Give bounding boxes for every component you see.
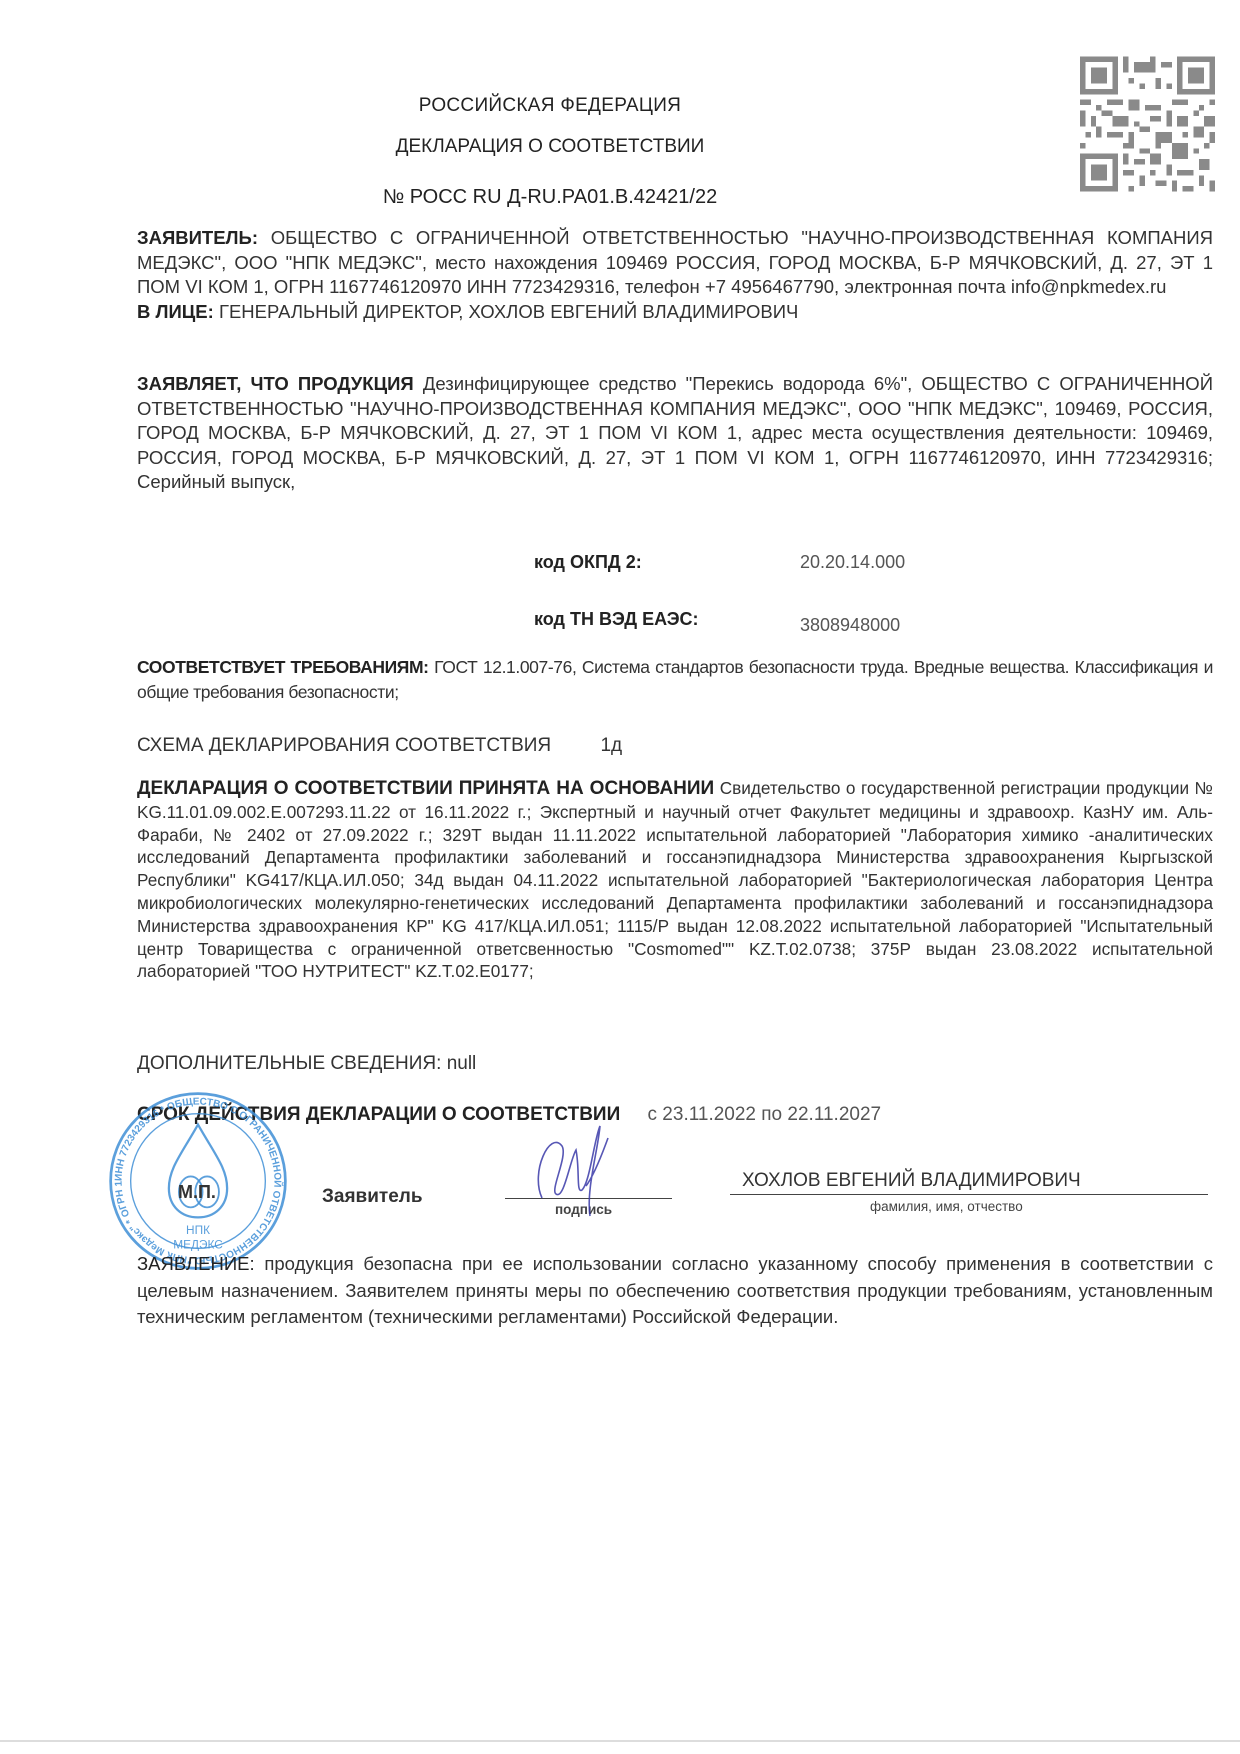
- applicant-section: ЗАЯВИТЕЛЬ: ОБЩЕСТВО С ОГРАНИЧЕННОЙ ОТВЕТ…: [137, 226, 1213, 324]
- company-stamp: ИНН 7723429316 * ОБЩЕСТВО С ОГРАНИЧЕННОЙ…: [107, 1090, 289, 1272]
- applicant-signature-label: Заявитель: [322, 1186, 423, 1208]
- represented-label: В ЛИЦЕ:: [137, 301, 214, 322]
- additional-value: null: [447, 1053, 477, 1074]
- declaration-page: РОССИЙСКАЯ ФЕДЕРАЦИЯ ДЕКЛАРАЦИЯ О СООТВЕ…: [0, 0, 1240, 1754]
- product-label: ЗАЯВЛЯЕТ, ЧТО ПРОДУКЦИЯ: [137, 373, 414, 394]
- scheme-value: 1д: [600, 735, 622, 756]
- handwritten-signature: [520, 1120, 640, 1220]
- okpd-value: 20.20.14.000: [800, 552, 905, 573]
- validity-value: с 23.11.2022 по 22.11.2027: [648, 1104, 882, 1125]
- tnved-label: код ТН ВЭД ЕАЭС:: [534, 609, 699, 630]
- page-bottom-edge: [0, 1740, 1240, 1742]
- stamp-line2: МЕДЭКС: [173, 1237, 223, 1251]
- represented-text: ГЕНЕРАЛЬНЫЙ ДИРЕКТОР, ХОХЛОВ ЕВГЕНИЙ ВЛА…: [219, 301, 798, 322]
- basis-text: Свидетельство о государственной регистра…: [137, 778, 1213, 981]
- basis-section: ДЕКЛАРАЦИЯ О СООТВЕТСТВИИ ПРИНЯТА НА ОСН…: [137, 777, 1213, 983]
- stamp-line1: НПК: [186, 1223, 210, 1237]
- tnved-row: код ТН ВЭД ЕАЭС: 3808948000: [0, 609, 1240, 639]
- additional-section: ДОПОЛНИТЕЛЬНЫЕ СВЕДЕНИЯ: null: [137, 1052, 1213, 1077]
- statement-label: ЗАЯВЛЕНИЕ:: [137, 1253, 255, 1274]
- statement-text: продукция безопасна при ее использовании…: [137, 1253, 1213, 1327]
- product-section: ЗАЯВЛЯЕТ, ЧТО ПРОДУКЦИЯ Дезинфицирующее …: [137, 372, 1213, 495]
- scheme-label: СХЕМА ДЕКЛАРИРОВАНИЯ СООТВЕТСТВИЯ: [137, 735, 551, 756]
- scheme-section: СХЕМА ДЕКЛАРИРОВАНИЯ СООТВЕТСТВИЯ 1д: [137, 734, 1213, 759]
- basis-label: ДЕКЛАРАЦИЯ О СООТВЕТСТВИИ ПРИНЯТА НА ОСН…: [137, 778, 714, 799]
- declaration-number: № РОСС RU Д-RU.РА01.В.42421/22: [0, 186, 1100, 209]
- statement-section: ЗАЯВЛЕНИЕ: продукция безопасна при ее ис…: [137, 1251, 1213, 1331]
- mp-label: М.П.: [178, 1182, 216, 1203]
- requirements-section: СООТВЕТСТВУЕТ ТРЕБОВАНИЯМ: ГОСТ 12.1.007…: [137, 655, 1213, 704]
- additional-label: ДОПОЛНИТЕЛЬНЫЕ СВЕДЕНИЯ:: [137, 1053, 441, 1074]
- applicant-text: ОБЩЕСТВО С ОГРАНИЧЕННОЙ ОТВЕТСТВЕННОСТЬЮ…: [137, 227, 1213, 297]
- signer-full-name: ХОХЛОВ ЕВГЕНИЙ ВЛАДИМИРОВИЧ: [742, 1170, 1081, 1192]
- okpd-label: код ОКПД 2:: [534, 552, 642, 573]
- qr-code-icon: [1080, 55, 1215, 193]
- name-line: [730, 1194, 1208, 1195]
- name-caption: фамилия, имя, отчество: [870, 1199, 1023, 1214]
- document-title: ДЕКЛАРАЦИЯ О СООТВЕТСТВИИ: [0, 136, 1100, 158]
- requirements-label: СООТВЕТСТВУЕТ ТРЕБОВАНИЯМ:: [137, 657, 429, 677]
- tnved-value: 3808948000: [800, 615, 900, 636]
- applicant-label: ЗАЯВИТЕЛЬ:: [137, 227, 258, 248]
- okpd-row: код ОКПД 2: 20.20.14.000: [0, 552, 1240, 582]
- country-heading: РОССИЙСКАЯ ФЕДЕРАЦИЯ: [0, 95, 1100, 117]
- validity-section: СРОК ДЕЙСТВИЯ ДЕКЛАРАЦИИ О СООТВЕТСТВИИ …: [137, 1103, 1213, 1128]
